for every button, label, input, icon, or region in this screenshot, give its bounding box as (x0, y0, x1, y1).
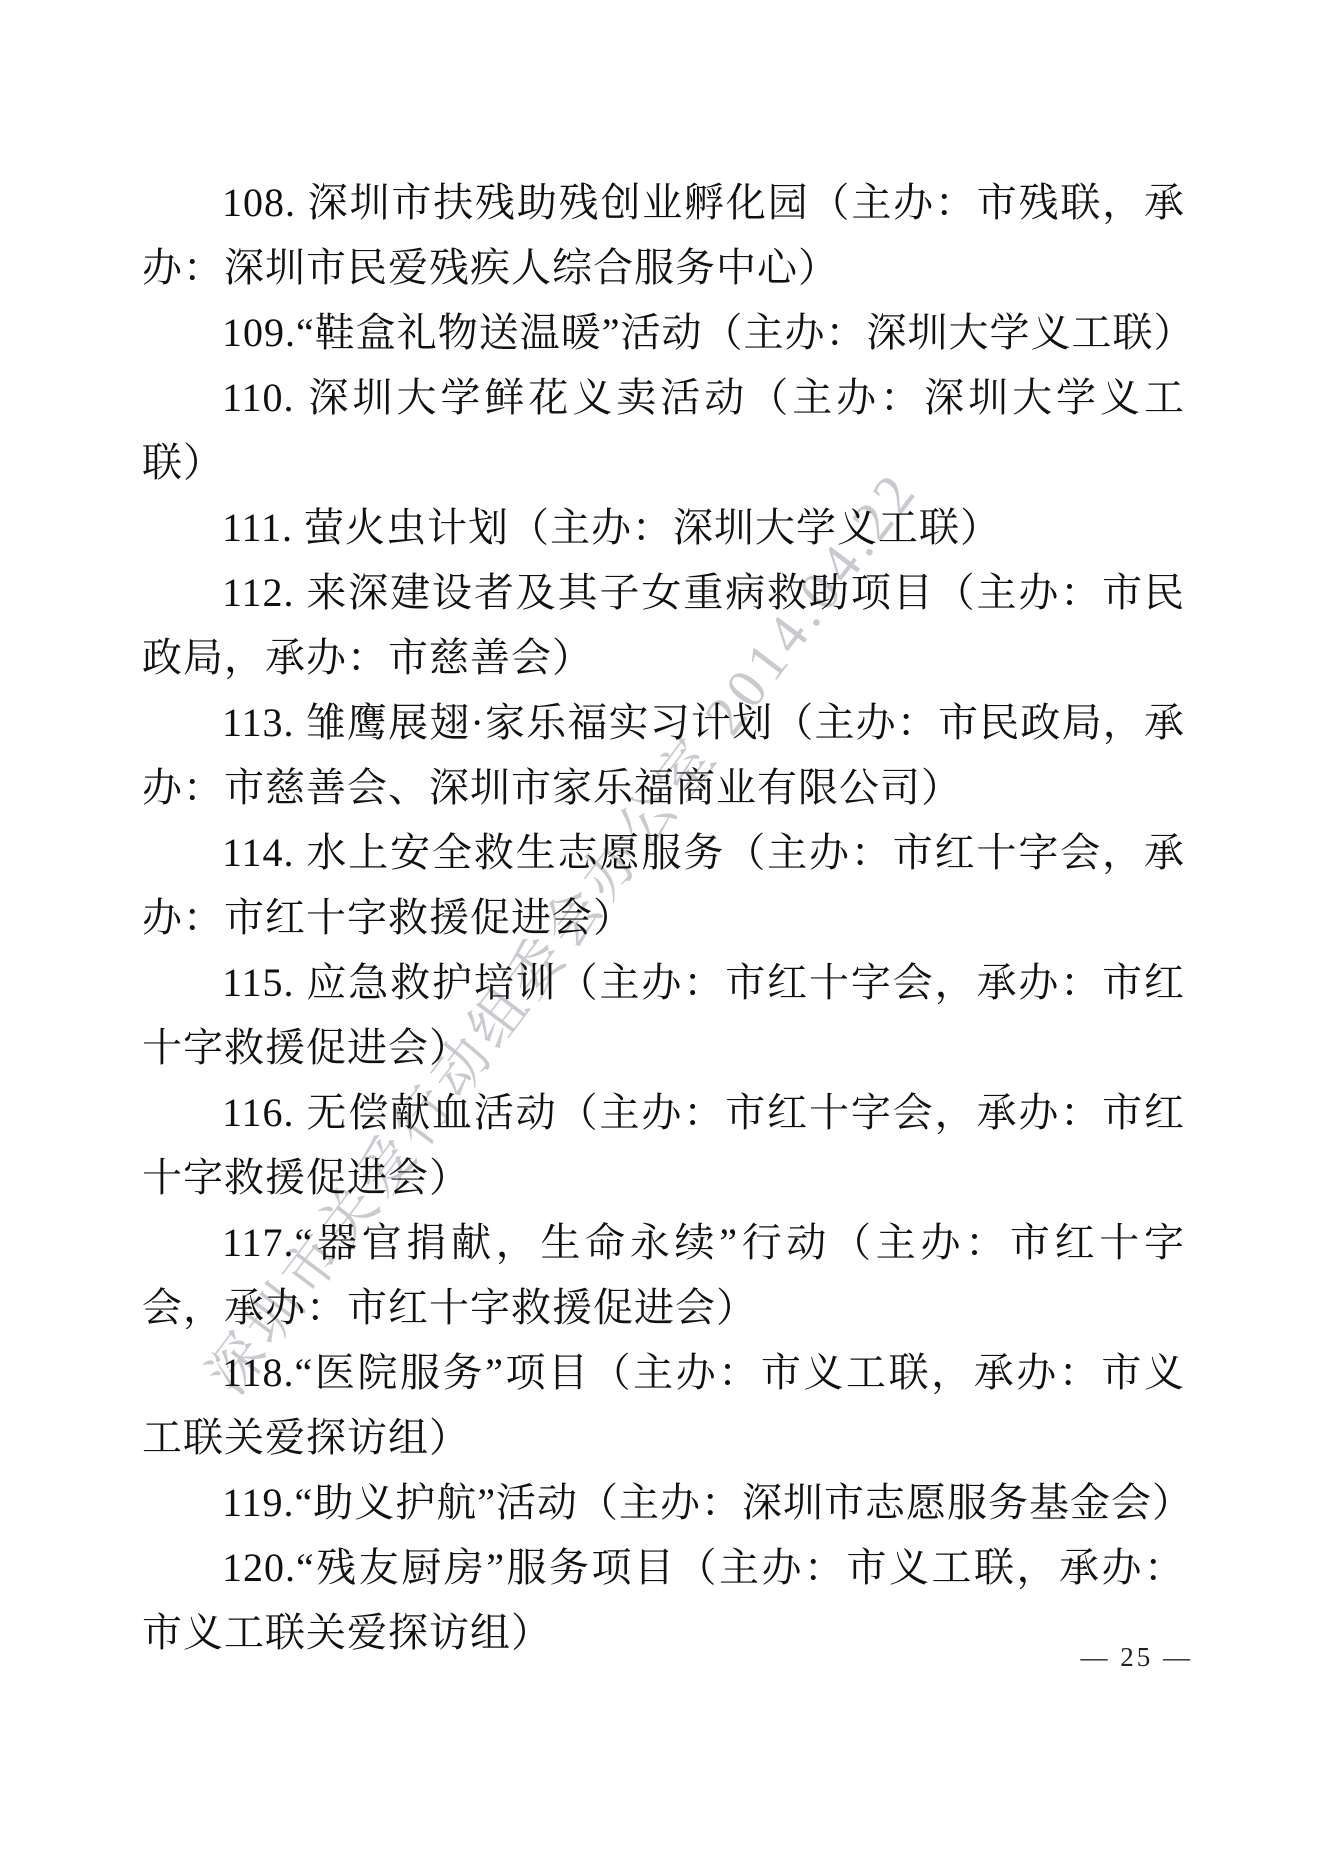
page-number: — 25 — (1081, 1642, 1194, 1673)
document-body: 108. 深圳市扶残助残创业孵化园（主办：市残联，承办：深圳市民爱残疾人综合服务… (142, 170, 1185, 1665)
list-item-112: 112. 来深建设者及其子女重病救助项目（主办：市民政局，承办：市慈善会） (142, 560, 1185, 690)
list-item-114: 114. 水上安全救生志愿服务（主办：市红十字会，承办：市红十字救援促进会） (142, 820, 1185, 950)
list-item-113: 113. 雏鹰展翅·家乐福实习计划（主办：市民政局，承办：市慈善会、深圳市家乐福… (142, 690, 1185, 820)
list-item-115: 115. 应急救护培训（主办：市红十字会，承办：市红十字救援促进会） (142, 950, 1185, 1080)
list-item-120: 120.“残友厨房”服务项目（主办：市义工联，承办：市义工联关爱探访组） (142, 1535, 1185, 1665)
list-item-119: 119.“助义护航”活动（主办：深圳市志愿服务基金会） (142, 1470, 1185, 1535)
list-item-110: 110. 深圳大学鲜花义卖活动（主办：深圳大学义工联） (142, 365, 1185, 495)
list-item-111: 111. 萤火虫计划（主办：深圳大学义工联） (142, 495, 1185, 560)
list-item-118: 118.“医院服务”项目（主办：市义工联，承办：市义工联关爱探访组） (142, 1340, 1185, 1470)
list-item-116: 116. 无偿献血活动（主办：市红十字会，承办：市红十字救援促进会） (142, 1080, 1185, 1210)
list-item-109: 109.“鞋盒礼物送温暖”活动（主办：深圳大学义工联） (142, 300, 1185, 365)
list-item-108: 108. 深圳市扶残助残创业孵化园（主办：市残联，承办：深圳市民爱残疾人综合服务… (142, 170, 1185, 300)
list-item-117: 117.“器官捐献，生命永续”行动（主办：市红十字会，承办：市红十字救援促进会） (142, 1210, 1185, 1340)
